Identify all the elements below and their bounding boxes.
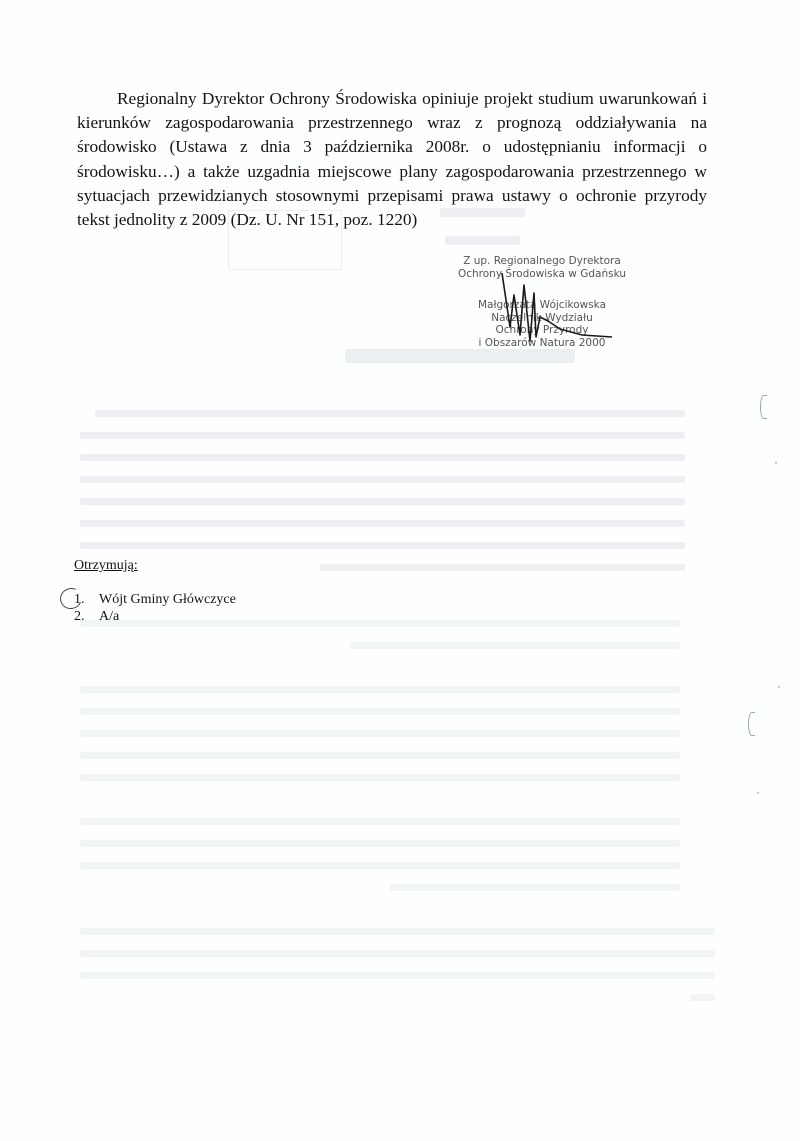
recipient-number: 2. bbox=[74, 608, 99, 625]
scan-speck bbox=[775, 462, 777, 464]
ghost-line bbox=[80, 972, 715, 979]
scan-speck bbox=[778, 686, 780, 688]
ghost-line bbox=[80, 708, 680, 715]
ghost-line bbox=[80, 730, 680, 737]
recipients-section: Otrzymują: 1. Wójt Gminy Główczyce 2. A/… bbox=[74, 558, 236, 625]
recipient-label: Wójt Gminy Główczyce bbox=[99, 591, 236, 608]
handwritten-signature-icon bbox=[490, 265, 620, 355]
recipient-label: A/a bbox=[99, 608, 119, 625]
recipient-item: 2. A/a bbox=[74, 608, 236, 625]
recipients-heading: Otrzymują: bbox=[74, 558, 236, 574]
ghost-line bbox=[80, 686, 680, 693]
scan-speck bbox=[757, 792, 759, 794]
recipient-number: 1. bbox=[74, 591, 99, 608]
ghost-line bbox=[80, 432, 685, 439]
ghost-line bbox=[80, 862, 680, 869]
punch-hole-mark bbox=[760, 395, 767, 419]
ghost-line bbox=[80, 476, 685, 483]
ghost-header bbox=[445, 236, 520, 245]
ghost-line bbox=[80, 928, 715, 935]
recipient-item: 1. Wójt Gminy Główczyce bbox=[74, 591, 236, 608]
ghost-line bbox=[80, 542, 685, 549]
ghost-line bbox=[95, 410, 685, 417]
ghost-line bbox=[80, 774, 680, 781]
ghost-line bbox=[80, 950, 715, 957]
main-paragraph: Regionalny Dyrektor Ochrony Środowiska o… bbox=[77, 87, 707, 232]
ghost-line bbox=[80, 498, 685, 505]
ghost-line bbox=[80, 520, 685, 527]
punch-hole-mark bbox=[748, 712, 755, 736]
scanned-page: Regionalny Dyrektor Ochrony Środowiska o… bbox=[0, 0, 800, 1141]
ghost-line bbox=[320, 564, 685, 571]
ghost-line bbox=[350, 642, 680, 649]
ghost-line bbox=[690, 994, 715, 1001]
ghost-line bbox=[80, 840, 680, 847]
recipients-list: 1. Wójt Gminy Główczyce 2. A/a bbox=[74, 591, 236, 625]
ghost-line bbox=[80, 818, 680, 825]
ghost-line bbox=[80, 752, 680, 759]
ghost-line bbox=[390, 884, 680, 891]
ghost-line bbox=[80, 454, 685, 461]
